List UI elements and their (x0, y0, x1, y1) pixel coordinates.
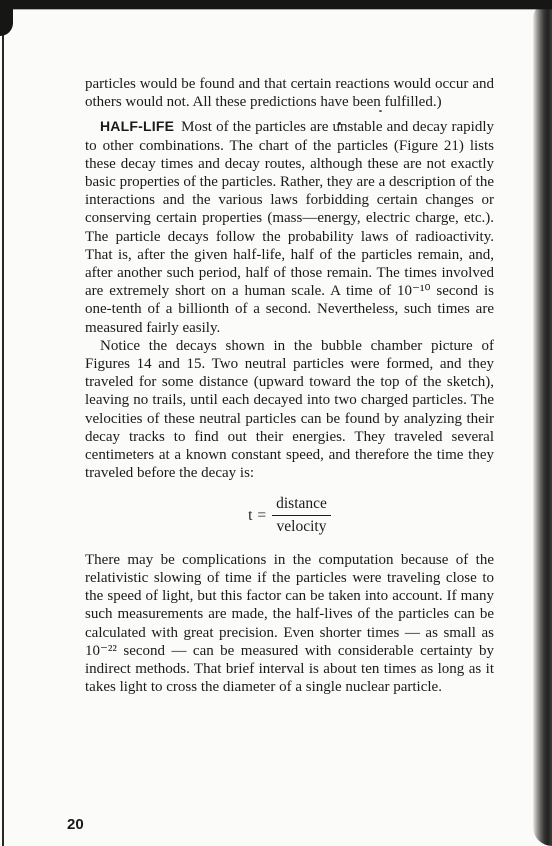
formula-equals: = (257, 507, 272, 525)
formula-denominator: velocity (272, 516, 331, 536)
paragraph-intro: particles would be found and that certai… (85, 75, 494, 111)
half-life-text: Most of the particles are unstable and d… (85, 119, 494, 335)
section-heading-half-life: HALF-LIFE (100, 118, 181, 134)
formula-numerator: distance (272, 495, 331, 515)
scan-edge-left (2, 0, 4, 846)
equation-time: t = distance velocity (85, 495, 494, 535)
scan-speck (338, 122, 341, 125)
scan-corner-top-left (0, 0, 13, 36)
scan-edge-right (533, 4, 552, 846)
paragraph-half-life: HALF-LIFEMost of the particles are unsta… (85, 117, 494, 336)
book-page: particles would be found and that certai… (0, 0, 552, 846)
scan-speck (379, 110, 382, 112)
paragraph-complications: There may be complications in the comput… (85, 551, 494, 697)
page-number: 20 (67, 816, 84, 833)
text-column: particles would be found and that certai… (85, 75, 494, 697)
paragraph-notice: Notice the decays shown in the bubble ch… (85, 337, 494, 483)
formula-fraction: distance velocity (272, 495, 331, 535)
formula-lhs: t (248, 507, 257, 525)
scan-edge-top (0, 0, 552, 9)
formula-inner: t = distance velocity (248, 495, 331, 535)
